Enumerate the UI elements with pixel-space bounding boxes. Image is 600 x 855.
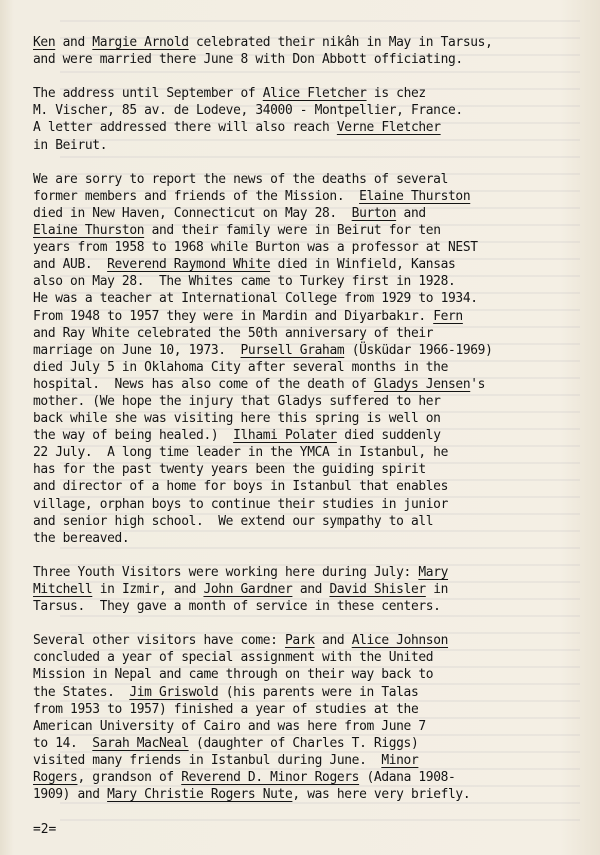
newsletter-body: Ken and Margie Arnold celebrated their n… <box>33 34 573 820</box>
text-segment: in <box>426 582 448 597</box>
text-segment: Mission in Nepal and came through on the… <box>33 667 433 682</box>
underlined-name: Mary <box>418 565 448 580</box>
underlined-name: Burton <box>352 206 396 221</box>
text-line: former members and friends of the Missio… <box>33 188 573 205</box>
text-segment: in Beirut. <box>33 138 107 153</box>
text-segment: and senior high school. We extend our sy… <box>33 514 433 529</box>
underlined-name: Mary Christie Rogers Nute <box>107 787 292 802</box>
text-line: marriage on June 10, 1973. Pursell Graha… <box>33 342 573 359</box>
underlined-name: Reverend Raymond White <box>107 257 270 272</box>
text-segment: (daughter of Charles T. Riggs) <box>189 736 419 751</box>
text-segment: and <box>396 206 426 221</box>
text-segment: and AUB. <box>33 257 107 272</box>
text-segment: in Izmir, and <box>92 582 203 597</box>
text-segment: visited many friends in Istanbul during … <box>33 753 381 768</box>
text-line: the States. Jim Griswold (his parents we… <box>33 684 573 701</box>
paragraph: Three Youth Visitors were working here d… <box>33 564 573 615</box>
text-segment: From 1948 to 1957 they were in Mardin an… <box>33 309 433 324</box>
text-segment: and <box>315 633 352 648</box>
text-line: Tarsus. They gave a month of service in … <box>33 598 573 615</box>
text-segment: A letter addressed there will also reach <box>33 120 337 135</box>
text-segment: village, orphan boys to continue their s… <box>33 497 448 512</box>
text-line: The address until September of Alice Fle… <box>33 85 573 102</box>
text-segment: , grandson of <box>77 770 181 785</box>
text-line: the way of being healed.) Ilhami Polater… <box>33 427 573 444</box>
text-segment: and their family were in Beirut for ten <box>144 223 440 238</box>
underlined-name: Margie Arnold <box>92 35 188 50</box>
text-line: He was a teacher at International Colleg… <box>33 290 573 307</box>
text-segment: (Üsküdar 1966-1969) <box>344 343 492 358</box>
underlined-name: Ilhami Polater <box>233 428 337 443</box>
text-segment: has for the past twenty years been the g… <box>33 462 426 477</box>
text-line: village, orphan boys to continue their s… <box>33 496 573 513</box>
text-line: visited many friends in Istanbul during … <box>33 752 573 769</box>
underlined-name: Pursell Graham <box>241 343 345 358</box>
text-line: mother. (We hope the injury that Gladys … <box>33 393 573 410</box>
underlined-name: Sarah MacNeal <box>92 736 188 751</box>
text-line: American University of Cairo and was her… <box>33 718 573 735</box>
text-segment: 's <box>470 377 485 392</box>
text-line: Elaine Thurston and their family were in… <box>33 222 573 239</box>
text-line: years from 1958 to 1968 while Burton was… <box>33 239 573 256</box>
text-line: and senior high school. We extend our sy… <box>33 513 573 530</box>
text-segment: died July 5 in Oklahoma City after sever… <box>33 360 448 375</box>
paragraph: Ken and Margie Arnold celebrated their n… <box>33 34 573 68</box>
text-line: hospital. News has also come of the deat… <box>33 376 573 393</box>
text-line: and Ray White celebrated the 50th annive… <box>33 325 573 342</box>
text-segment: to 14. <box>33 736 92 751</box>
text-segment: also on May 28. The Whites came to Turke… <box>33 274 455 289</box>
underlined-name: Mitchell <box>33 582 92 597</box>
text-line: and director of a home for boys in Istan… <box>33 478 573 495</box>
underlined-name: Gladys Jensen <box>374 377 470 392</box>
text-line: and AUB. Reverend Raymond White died in … <box>33 256 573 273</box>
underlined-name: Elaine Thurston <box>359 189 470 204</box>
text-segment: celebrated their nikâh in May in Tarsus, <box>189 35 493 50</box>
text-segment: back while she was visiting here this sp… <box>33 411 441 426</box>
text-line: has for the past twenty years been the g… <box>33 461 573 478</box>
text-segment: 22 July. A long time leader in the YMCA … <box>33 445 448 460</box>
text-segment: Three Youth Visitors were working here d… <box>33 565 418 580</box>
underlined-name: David Shisler <box>329 582 425 597</box>
underlined-name: Fern <box>433 309 463 324</box>
text-segment: and were married there June 8 with Don A… <box>33 52 463 67</box>
text-line: M. Vischer, 85 av. de Lodeve, 34000 - Mo… <box>33 102 573 119</box>
text-line: Several other visitors have come: Park a… <box>33 632 573 649</box>
text-line: A letter addressed there will also reach… <box>33 119 573 136</box>
underlined-name: Ken <box>33 35 55 50</box>
text-segment: died in Winfield, Kansas <box>270 257 455 272</box>
underlined-name: Jim Griswold <box>129 685 218 700</box>
text-segment: is chez <box>367 86 426 101</box>
text-line: died in New Haven, Connecticut on May 28… <box>33 205 573 222</box>
text-segment: marriage on June 10, 1973. <box>33 343 241 358</box>
text-segment: M. Vischer, 85 av. de Lodeve, 34000 - Mo… <box>33 103 463 118</box>
underlined-name: Rogers <box>33 770 77 785</box>
text-segment: concluded a year of special assignment w… <box>33 650 433 665</box>
text-segment: (Adana 1908- <box>359 770 455 785</box>
text-segment: former members and friends of the Missio… <box>33 189 359 204</box>
text-line: the bereaved. <box>33 530 573 547</box>
underlined-name: Elaine Thurston <box>33 223 144 238</box>
text-segment: years from 1958 to 1968 while Burton was… <box>33 240 478 255</box>
text-line: from 1953 to 1957) finished a year of st… <box>33 701 573 718</box>
text-segment: (his parents were in Talas <box>218 685 418 700</box>
text-segment: died suddenly <box>337 428 441 443</box>
text-line: 1909) and Mary Christie Rogers Nute, was… <box>33 786 573 803</box>
text-segment: from 1953 to 1957) finished a year of st… <box>33 702 418 717</box>
text-line: in Beirut. <box>33 137 573 154</box>
text-line: Mitchell in Izmir, and John Gardner and … <box>33 581 573 598</box>
paragraph: Several other visitors have come: Park a… <box>33 632 573 803</box>
text-line: also on May 28. The Whites came to Turke… <box>33 273 573 290</box>
text-line: back while she was visiting here this sp… <box>33 410 573 427</box>
paragraph: The address until September of Alice Fle… <box>33 85 573 153</box>
text-line: Rogers, grandson of Reverend D. Minor Ro… <box>33 769 573 786</box>
text-line: concluded a year of special assignment w… <box>33 649 573 666</box>
underlined-name: Alice Fletcher <box>263 86 367 101</box>
underlined-name: John Gardner <box>203 582 292 597</box>
text-segment: the States. <box>33 685 129 700</box>
text-segment: and Ray White celebrated the 50th annive… <box>33 326 433 341</box>
text-segment: mother. (We hope the injury that Gladys … <box>33 394 441 409</box>
underlined-name: Alice Johnson <box>352 633 448 648</box>
underlined-name: Park <box>285 633 315 648</box>
text-segment: The address until September of <box>33 86 263 101</box>
text-segment: and <box>55 35 92 50</box>
underlined-name: Reverend D. Minor Rogers <box>181 770 359 785</box>
text-segment: the way of being healed.) <box>33 428 233 443</box>
text-line: to 14. Sarah MacNeal (daughter of Charle… <box>33 735 573 752</box>
paragraph: We are sorry to report the news of the d… <box>33 171 573 547</box>
text-segment: , was here very briefly. <box>292 787 470 802</box>
underlined-name: Minor <box>381 753 418 768</box>
text-segment: and director of a home for boys in Istan… <box>33 479 448 494</box>
text-segment: Several other visitors have come: <box>33 633 285 648</box>
text-segment: the bereaved. <box>33 531 129 546</box>
text-segment: 1909) and <box>33 787 107 802</box>
scanned-page: Ken and Margie Arnold celebrated their n… <box>0 0 600 855</box>
text-segment: died in New Haven, Connecticut on May 28… <box>33 206 352 221</box>
text-line: and were married there June 8 with Don A… <box>33 51 573 68</box>
text-line: Three Youth Visitors were working here d… <box>33 564 573 581</box>
text-line: Ken and Margie Arnold celebrated their n… <box>33 34 573 51</box>
underlined-name: Verne Fletcher <box>337 120 441 135</box>
page-number: =2= <box>33 822 56 837</box>
text-segment: Tarsus. They gave a month of service in … <box>33 599 441 614</box>
text-line: Mission in Nepal and came through on the… <box>33 666 573 683</box>
text-line: From 1948 to 1957 they were in Mardin an… <box>33 308 573 325</box>
text-segment: and <box>292 582 329 597</box>
text-segment: We are sorry to report the news of the d… <box>33 172 448 187</box>
text-segment: He was a teacher at International Colleg… <box>33 291 478 306</box>
text-line: died July 5 in Oklahoma City after sever… <box>33 359 573 376</box>
text-segment: hospital. News has also come of the deat… <box>33 377 374 392</box>
text-segment: American University of Cairo and was her… <box>33 719 426 734</box>
text-line: We are sorry to report the news of the d… <box>33 171 573 188</box>
text-line: 22 July. A long time leader in the YMCA … <box>33 444 573 461</box>
